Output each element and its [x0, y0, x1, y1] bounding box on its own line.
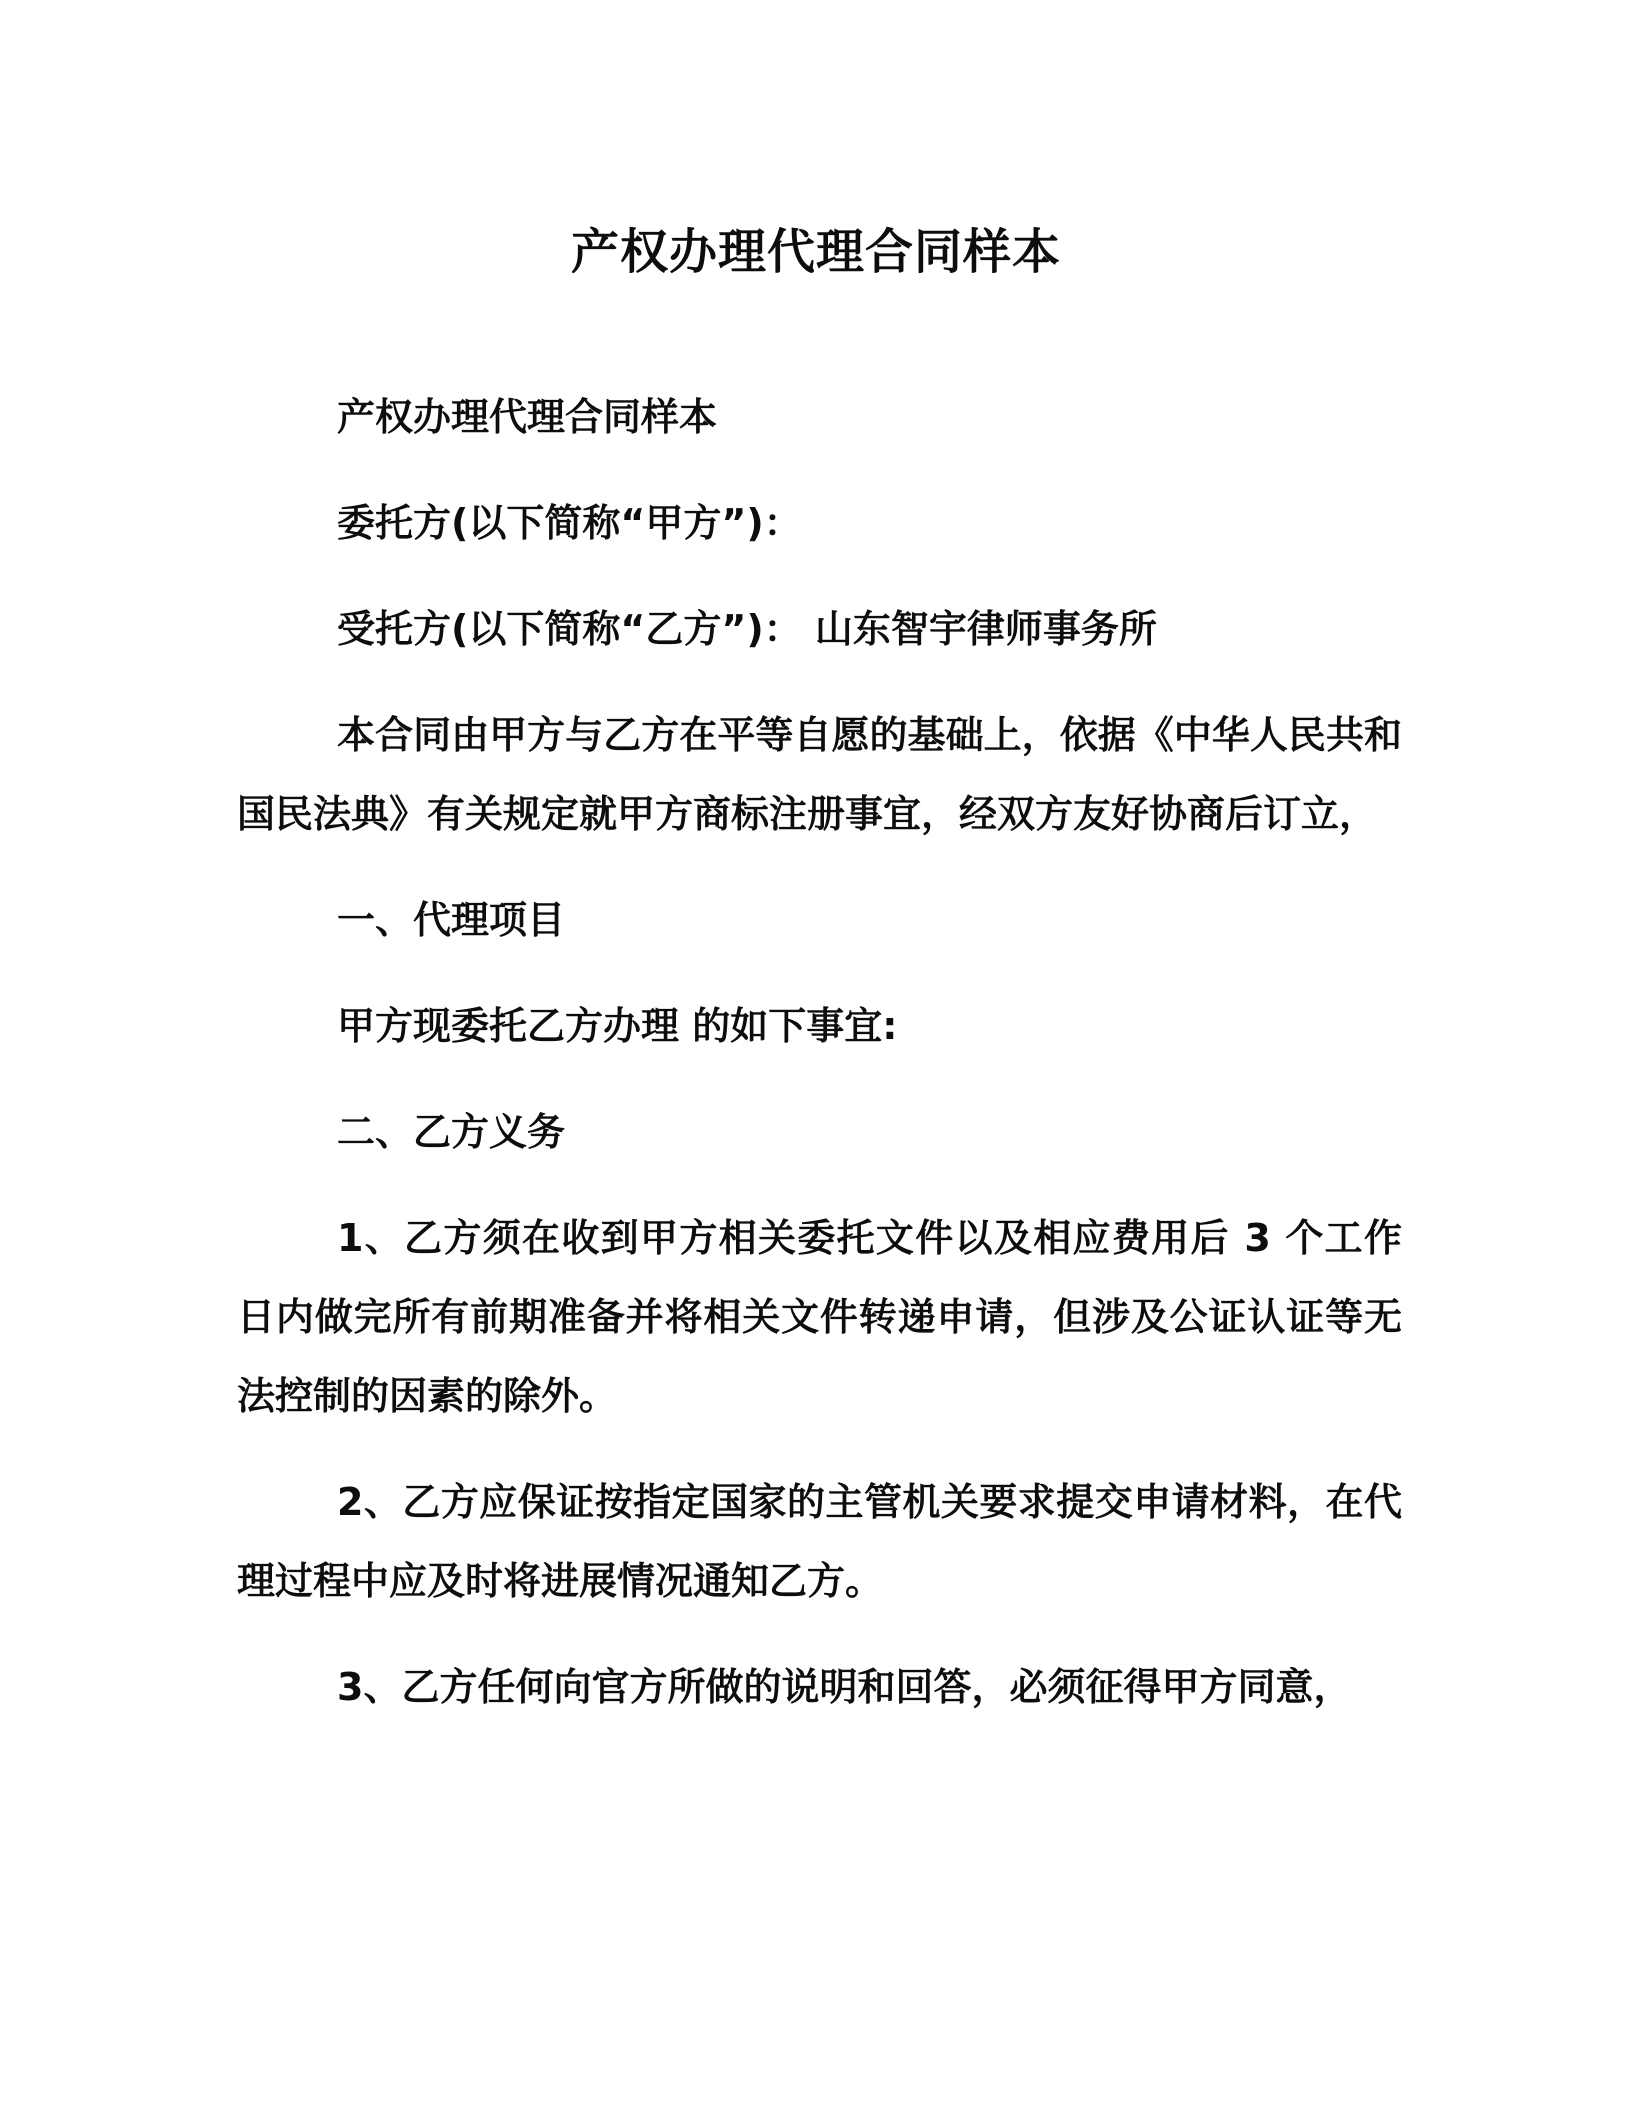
paragraph-preamble: 本合同由甲方与乙方在平等自愿的基础上，依据《中华人民共和国民法典》有关规定就甲方…	[237, 696, 1402, 854]
document-body: 产权办理代理合同样本 委托方(以下简称“甲方”)： 受托方(以下简称“乙方”)：…	[237, 378, 1402, 1727]
paragraph-agency-items-body: 甲方现委托乙方办理 的如下事宜:	[237, 987, 1402, 1066]
paragraph-heading-repeat: 产权办理代理合同样本	[237, 378, 1402, 457]
paragraph-entrusting-party: 委托方(以下简称“甲方”)：	[237, 484, 1402, 563]
paragraph-entrusted-party: 受托方(以下简称“乙方”)： 山东智宇律师事务所	[237, 590, 1402, 669]
paragraph-obligation-3: 3、乙方任何向官方所做的说明和回答，必须征得甲方同意，	[237, 1648, 1402, 1727]
document-page: 产权办理代理合同样本 产权办理代理合同样本 委托方(以下简称“甲方”)： 受托方…	[0, 0, 1632, 2112]
paragraph-obligation-2: 2、乙方应保证按指定国家的主管机关要求提交申请材料，在代理过程中应及时将进展情况…	[237, 1463, 1402, 1621]
document-title: 产权办理代理合同样本	[0, 220, 1632, 284]
paragraph-obligation-1: 1、乙方须在收到甲方相关委托文件以及相应费用后 3 个工作日内做完所有前期准备并…	[237, 1199, 1402, 1436]
section-heading-agency-items: 一、代理项目	[237, 881, 1402, 960]
section-heading-party-b-obligations: 二、乙方义务	[237, 1093, 1402, 1172]
